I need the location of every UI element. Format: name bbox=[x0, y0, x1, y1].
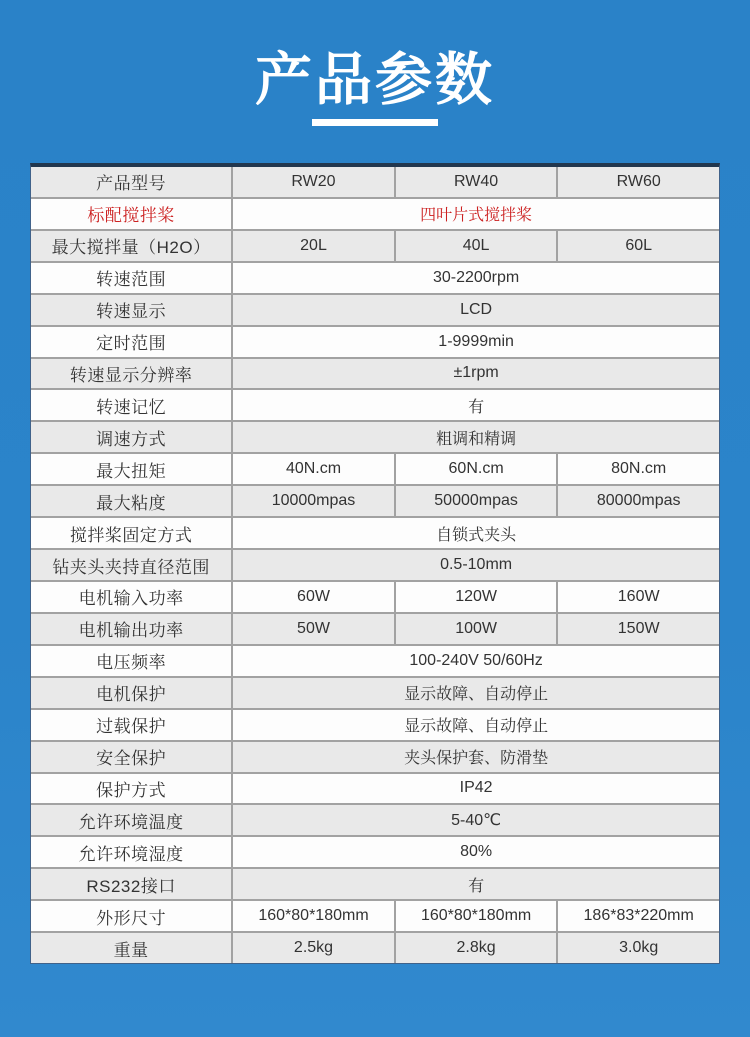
row-label: 标配搅拌桨 bbox=[31, 199, 231, 229]
row-label: 转速记忆 bbox=[31, 390, 231, 420]
row-value: RW60 bbox=[556, 167, 719, 197]
row-value: 50000mpas bbox=[394, 486, 557, 516]
row-label: RS232接口 bbox=[31, 869, 231, 899]
row-label: 钻夹头夹持直径范围 bbox=[31, 550, 231, 580]
row-label: 转速显示分辨率 bbox=[31, 359, 231, 389]
table-row: 外形尺寸160*80*180mm160*80*180mm186*83*220mm bbox=[31, 899, 719, 931]
row-value: RW20 bbox=[231, 167, 394, 197]
table-row: 电机输出功率50W100W150W bbox=[31, 612, 719, 644]
table-row: 最大搅拌量（H2O）20L40L60L bbox=[31, 229, 719, 261]
row-value: ±1rpm bbox=[231, 359, 719, 389]
table-row: 转速显示LCD bbox=[31, 293, 719, 325]
spec-table: 产品型号RW20RW40RW60标配搅拌桨四叶片式搅拌桨最大搅拌量（H2O）20… bbox=[30, 163, 720, 964]
table-row: 允许环境温度5-40℃ bbox=[31, 803, 719, 835]
row-value: 粗调和精调 bbox=[231, 422, 719, 452]
row-label: 电机输出功率 bbox=[31, 614, 231, 644]
row-value: 40N.cm bbox=[231, 454, 394, 484]
row-value: 2.8kg bbox=[394, 933, 557, 963]
row-value: LCD bbox=[231, 295, 719, 325]
row-value: 40L bbox=[394, 231, 557, 261]
table-row: RS232接口有 bbox=[31, 867, 719, 899]
table-row: 转速显示分辨率±1rpm bbox=[31, 357, 719, 389]
table-row: 调速方式粗调和精调 bbox=[31, 420, 719, 452]
row-value: 160*80*180mm bbox=[231, 901, 394, 931]
row-label: 电机输入功率 bbox=[31, 582, 231, 612]
row-value: 160W bbox=[556, 582, 719, 612]
table-row: 标配搅拌桨四叶片式搅拌桨 bbox=[31, 197, 719, 229]
row-label: 电机保护 bbox=[31, 678, 231, 708]
table-row: 产品型号RW20RW40RW60 bbox=[31, 167, 719, 197]
row-value: 160*80*180mm bbox=[394, 901, 557, 931]
row-label: 定时范围 bbox=[31, 327, 231, 357]
title-underline bbox=[312, 119, 438, 126]
row-label: 调速方式 bbox=[31, 422, 231, 452]
row-value: 150W bbox=[556, 614, 719, 644]
row-value: 60N.cm bbox=[394, 454, 557, 484]
table-row: 电机输入功率60W120W160W bbox=[31, 580, 719, 612]
row-value: 显示故障、自动停止 bbox=[231, 710, 719, 740]
row-value: 自锁式夹头 bbox=[231, 518, 719, 548]
row-label: 外形尺寸 bbox=[31, 901, 231, 931]
row-label: 转速显示 bbox=[31, 295, 231, 325]
table-row: 过载保护显示故障、自动停止 bbox=[31, 708, 719, 740]
row-label: 过载保护 bbox=[31, 710, 231, 740]
row-label: 最大扭矩 bbox=[31, 454, 231, 484]
row-value: IP42 bbox=[231, 774, 719, 804]
row-value: 3.0kg bbox=[556, 933, 719, 963]
table-row: 钻夹头夹持直径范围0.5-10mm bbox=[31, 548, 719, 580]
table-row: 最大扭矩40N.cm60N.cm80N.cm bbox=[31, 452, 719, 484]
table-row: 定时范围1-9999min bbox=[31, 325, 719, 357]
row-label: 搅拌桨固定方式 bbox=[31, 518, 231, 548]
row-value: 100-240V 50/60Hz bbox=[231, 646, 719, 676]
table-row: 转速范围30-2200rpm bbox=[31, 261, 719, 293]
row-value: 四叶片式搅拌桨 bbox=[231, 199, 719, 229]
row-label: 最大搅拌量（H2O） bbox=[31, 231, 231, 261]
row-value: 5-40℃ bbox=[231, 805, 719, 835]
row-value: 120W bbox=[394, 582, 557, 612]
row-value: 有 bbox=[231, 869, 719, 899]
table-row: 安全保护夹头保护套、防滑垫 bbox=[31, 740, 719, 772]
row-value: 50W bbox=[231, 614, 394, 644]
row-value: 80000mpas bbox=[556, 486, 719, 516]
row-value: 0.5-10mm bbox=[231, 550, 719, 580]
row-label: 电压频率 bbox=[31, 646, 231, 676]
row-value: 10000mpas bbox=[231, 486, 394, 516]
row-label: 安全保护 bbox=[31, 742, 231, 772]
row-value: 80% bbox=[231, 837, 719, 867]
table-row: 转速记忆有 bbox=[31, 388, 719, 420]
table-row: 最大粘度10000mpas50000mpas80000mpas bbox=[31, 484, 719, 516]
table-row: 保护方式IP42 bbox=[31, 772, 719, 804]
row-value: 2.5kg bbox=[231, 933, 394, 963]
row-value: 1-9999min bbox=[231, 327, 719, 357]
row-label: 转速范围 bbox=[31, 263, 231, 293]
table-row: 允许环境湿度80% bbox=[31, 835, 719, 867]
row-label: 重量 bbox=[31, 933, 231, 963]
row-value: 20L bbox=[231, 231, 394, 261]
table-row: 电压频率100-240V 50/60Hz bbox=[31, 644, 719, 676]
row-value: 显示故障、自动停止 bbox=[231, 678, 719, 708]
row-label: 最大粘度 bbox=[31, 486, 231, 516]
row-value: 60W bbox=[231, 582, 394, 612]
table-row: 重量2.5kg2.8kg3.0kg bbox=[31, 931, 719, 963]
row-value: 有 bbox=[231, 390, 719, 420]
row-label: 保护方式 bbox=[31, 774, 231, 804]
row-value: 夹头保护套、防滑垫 bbox=[231, 742, 719, 772]
row-label: 产品型号 bbox=[31, 167, 231, 197]
row-value: 80N.cm bbox=[556, 454, 719, 484]
row-label: 允许环境湿度 bbox=[31, 837, 231, 867]
page-title: 产品参数 bbox=[0, 34, 750, 116]
table-row: 搅拌桨固定方式自锁式夹头 bbox=[31, 516, 719, 548]
row-value: 186*83*220mm bbox=[556, 901, 719, 931]
row-value: RW40 bbox=[394, 167, 557, 197]
row-value: 30-2200rpm bbox=[231, 263, 719, 293]
row-label: 允许环境温度 bbox=[31, 805, 231, 835]
table-row: 电机保护显示故障、自动停止 bbox=[31, 676, 719, 708]
row-value: 60L bbox=[556, 231, 719, 261]
row-value: 100W bbox=[394, 614, 557, 644]
